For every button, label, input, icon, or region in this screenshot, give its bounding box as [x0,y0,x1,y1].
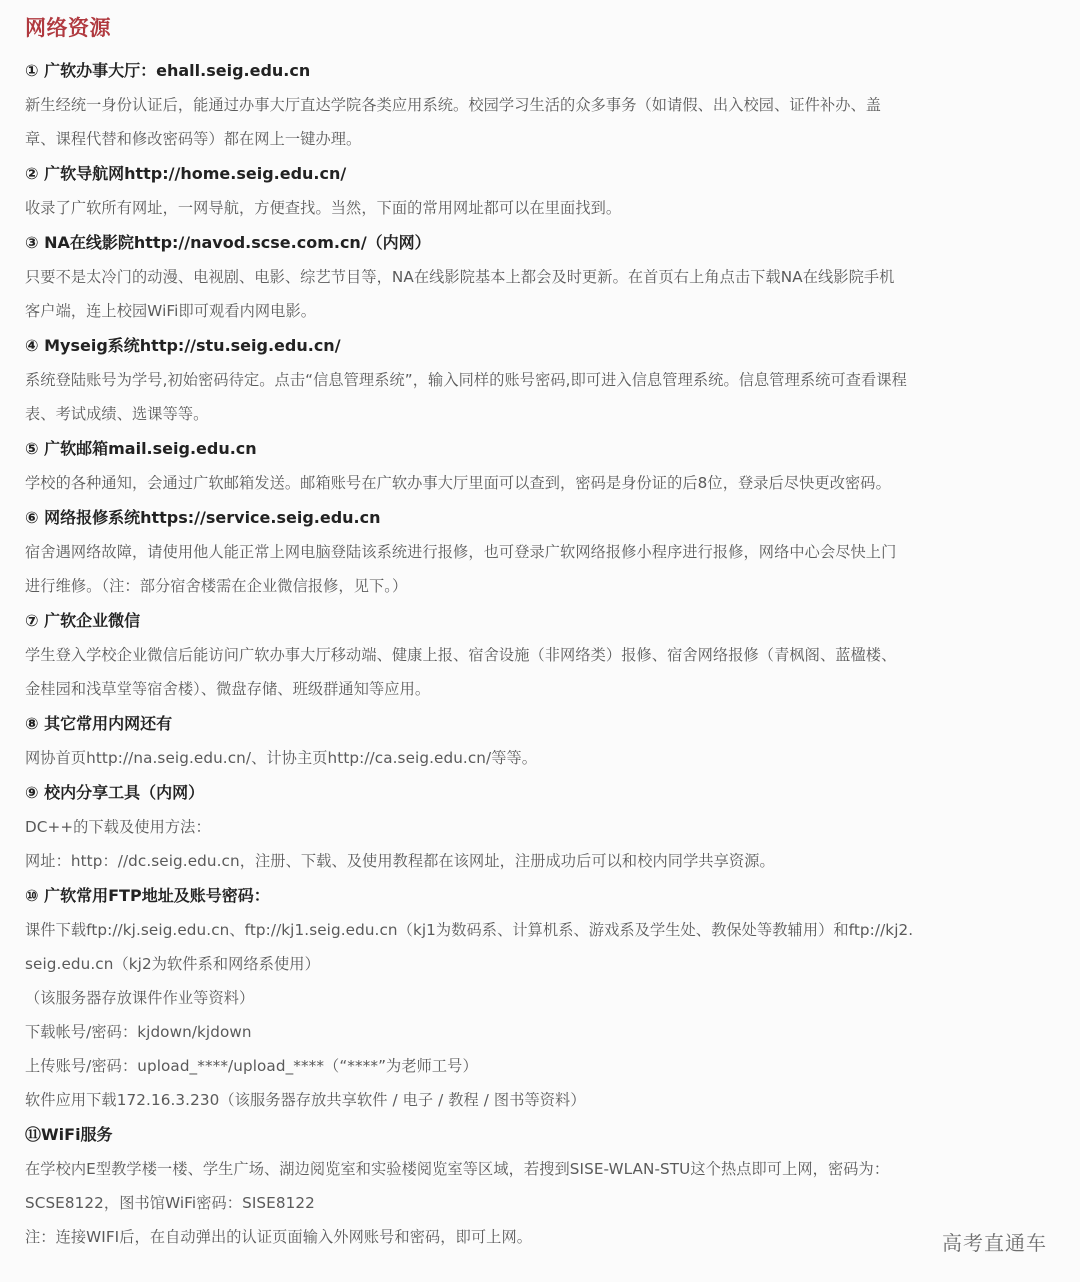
section-mail: ⑤ 广软邮箱mail.seig.edu.cn 学校的各种通知，会通过广软邮箱发送… [25,436,1075,505]
section-text: 进行维修。（注：部分宿舍楼需在企业微信报修，见下。） [25,574,1075,608]
section-na-cinema: ③ NA在线影院http://navod.scse.com.cn/（内网） 只要… [25,230,1075,333]
page-title: 网络资源 [25,13,111,43]
section-heading: ⑤ 广软邮箱mail.seig.edu.cn [25,436,1075,471]
section-text: 宿舍遇网络故障，请使用他人能正常上网电脑登陆该系统进行报修，也可登录广软网络报修… [25,540,1075,574]
section-text: 只要不是太冷门的动漫、电视剧、电影、综艺节目等，NA在线影院基本上都会及时更新。… [25,265,1075,299]
document-page: 网络资源 ① 广软办事大厅：ehall.seig.edu.cn 新生经统一身份认… [0,0,1080,1282]
section-heading: ⑩ 广软常用FTP地址及账号密码： [25,883,1075,918]
section-text: 表、考试成绩、选课等等。 [25,402,1075,436]
section-heading: ⑦ 广软企业微信 [25,608,1075,643]
section-text: 系统登陆账号为学号,初始密码待定。点击“信息管理系统”，输入同样的账号密码,即可… [25,368,1075,402]
section-repair-service: ⑥ 网络报修系统https://service.seig.edu.cn 宿舍遇网… [25,505,1075,608]
section-text: 金桂园和浅草堂等宿舍楼）、微盘存储、班级群通知等应用。 [25,677,1075,711]
section-text: 下载帐号/密码：kjdown/kjdown [25,1020,1075,1054]
section-heading: ⑧ 其它常用内网还有 [25,711,1075,746]
resource-list: ① 广软办事大厅：ehall.seig.edu.cn 新生经统一身份认证后，能通… [25,58,1075,1259]
section-text: 学校的各种通知，会通过广软邮箱发送。邮箱账号在广软办事大厅里面可以查到，密码是身… [25,471,1075,505]
section-text: 上传账号/密码：upload_****/upload_****（“****”为老… [25,1054,1075,1088]
section-heading: ③ NA在线影院http://navod.scse.com.cn/（内网） [25,230,1075,265]
section-text: seig.edu.cn（kj2为软件系和网络系使用） [25,952,1075,986]
section-heading: ⑥ 网络报修系统https://service.seig.edu.cn [25,505,1075,540]
watermark: 高考直通车 [942,1227,1047,1256]
section-home-nav: ② 广软导航网http://home.seig.edu.cn/ 收录了广软所有网… [25,161,1075,230]
section-heading: ② 广软导航网http://home.seig.edu.cn/ [25,161,1075,196]
section-text: 网址：http：//dc.seig.edu.cn，注册、下载、及使用教程都在该网… [25,849,1075,883]
section-text: 在学校内E型教学楼一楼、学生广场、湖边阅览室和实验楼阅览室等区域，若搜到SISE… [25,1157,1075,1191]
section-text: 收录了广软所有网址，一网导航，方便查找。当然，下面的常用网址都可以在里面找到。 [25,196,1075,230]
section-myseig: ④ Myseig系统http://stu.seig.edu.cn/ 系统登陆账号… [25,333,1075,436]
section-text: 网协首页http://na.seig.edu.cn/、计协主页http://ca… [25,746,1075,780]
section-text: 课件下载ftp://kj.seig.edu.cn、ftp://kj1.seig.… [25,918,1075,952]
section-text: （该服务器存放课件作业等资料） [25,986,1075,1020]
section-text: 注：连接WIFI后，在自动弹出的认证页面输入外网账号和密码，即可上网。 [25,1225,1075,1259]
section-other-intranet: ⑧ 其它常用内网还有 网协首页http://na.seig.edu.cn/、计协… [25,711,1075,780]
section-heading: ④ Myseig系统http://stu.seig.edu.cn/ [25,333,1075,368]
section-text: 章、课程代替和修改密码等）都在网上一键办理。 [25,127,1075,161]
section-enterprise-wechat: ⑦ 广软企业微信 学生登入学校企业微信后能访问广软办事大厅移动端、健康上报、宿舍… [25,608,1075,711]
section-wifi: ⑪WiFi服务 在学校内E型教学楼一楼、学生广场、湖边阅览室和实验楼阅览室等区域… [25,1122,1075,1259]
section-text: 客户端，连上校园WiFi即可观看内网电影。 [25,299,1075,333]
section-ftp: ⑩ 广软常用FTP地址及账号密码： 课件下载ftp://kj.seig.edu.… [25,883,1075,1122]
section-heading: ⑪WiFi服务 [25,1122,1075,1157]
section-ehall: ① 广软办事大厅：ehall.seig.edu.cn 新生经统一身份认证后，能通… [25,58,1075,161]
section-text: 新生经统一身份认证后，能通过办事大厅直达学院各类应用系统。校园学习生活的众多事务… [25,93,1075,127]
section-share-tool: ⑨ 校内分享工具（内网） DC++的下载及使用方法： 网址：http：//dc.… [25,780,1075,883]
section-text: 学生登入学校企业微信后能访问广软办事大厅移动端、健康上报、宿舍设施（非网络类）报… [25,643,1075,677]
section-heading: ⑨ 校内分享工具（内网） [25,780,1075,815]
section-heading: ① 广软办事大厅：ehall.seig.edu.cn [25,58,1075,93]
section-text: DC++的下载及使用方法： [25,815,1075,849]
section-text: 软件应用下载172.16.3.230（该服务器存放共享软件 / 电子 / 教程 … [25,1088,1075,1122]
section-text: SCSE8122，图书馆WiFi密码：SISE8122 [25,1191,1075,1225]
